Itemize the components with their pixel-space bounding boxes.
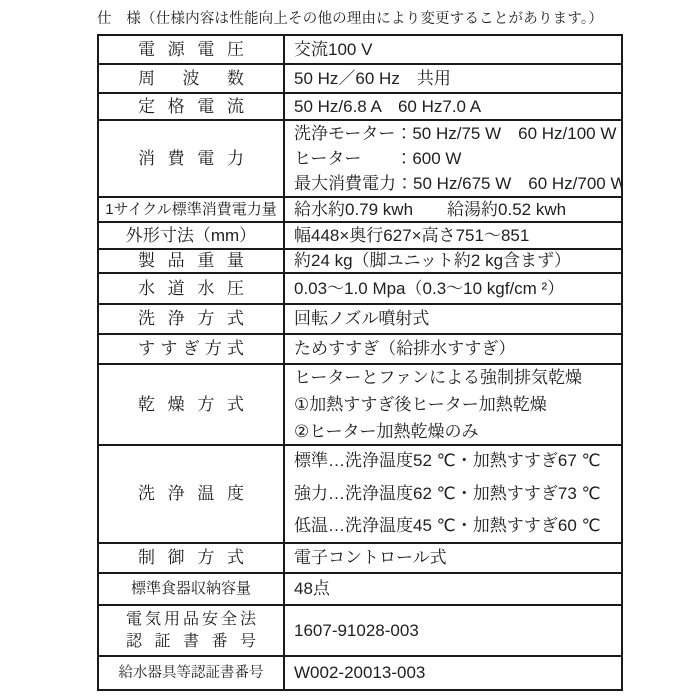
spec-value-cell: 50 Hz／60 Hz 共用 xyxy=(285,65,621,92)
spec-label: 給水器具等認証書番号 xyxy=(119,662,264,684)
spec-label: 電源電圧 xyxy=(138,39,244,61)
row-energy-per-cycle: 1サイクル標準消費電力量 給水約0.79 kwh 給湯約0.52 kwh xyxy=(99,198,621,223)
spec-label: すすぎ方式 xyxy=(138,338,244,360)
spec-value-cell: 交流100 V xyxy=(285,36,621,63)
spec-label: 消費電力 xyxy=(138,148,244,170)
spec-value-line: 低温…洗浄温度45 ℃・加熱すすぎ60 ℃ xyxy=(294,510,621,542)
row-power-consumption: 消費電力 洗浄モーター：50 Hz/75 W 60 Hz/100 W ヒーター … xyxy=(99,121,621,198)
spec-value-cell: 洗浄モーター：50 Hz/75 W 60 Hz/100 W ヒーター ：600 … xyxy=(285,121,621,196)
spec-value-line: ヒーター ：600 W xyxy=(294,146,621,171)
spec-sheet-page: 仕 様（仕様内容は性能向上その他の理由により変更することがあります。） 電源電圧… xyxy=(0,0,700,700)
spec-value: 回転ノズル噴射式 xyxy=(294,308,621,330)
row-drying-method: 乾燥方式 ヒーターとファンによる強制排気乾燥 ①加熱すすぎ後ヒーター加熱乾燥 ②… xyxy=(99,365,621,446)
row-water-supply-cert: 給水器具等認証書番号 W002-20013-003 xyxy=(99,657,621,689)
spec-value: 給水約0.79 kwh 給湯約0.52 kwh xyxy=(294,199,621,221)
spec-value-cell: 約24 kg（脚ユニット約2 kg含まず） xyxy=(285,250,621,272)
row-rinse-method: すすぎ方式 ためすすぎ（給排水すすぎ） xyxy=(99,335,621,365)
spec-label-cell: 標準食器収納容量 xyxy=(99,574,285,604)
spec-value-cell: 0.03～1.0 Mpa（0.3～10 kgf/cm ²） xyxy=(285,274,621,303)
spec-label-cell: 外形寸法（mm） xyxy=(99,223,285,248)
spec-label-cell: 給水器具等認証書番号 xyxy=(99,657,285,689)
row-washing-method: 洗浄方式 回転ノズル噴射式 xyxy=(99,305,621,335)
row-weight: 製品重量 約24 kg（脚ユニット約2 kg含まず） xyxy=(99,250,621,274)
spec-label: 定格電流 xyxy=(138,96,244,118)
spec-label: 洗浄方式 xyxy=(138,308,244,330)
spec-label-cell: 消費電力 xyxy=(99,121,285,196)
spec-value-cell: 1607-91028-003 xyxy=(285,606,621,655)
row-dish-capacity: 標準食器収納容量 48点 xyxy=(99,574,621,606)
spec-value-line: ②ヒーター加熱乾燥のみ xyxy=(294,418,621,444)
spec-value-cell: 標準…洗浄温度52 ℃・加熱すすぎ67 ℃ 強力…洗浄温度62 ℃・加熱すすぎ7… xyxy=(285,446,621,542)
spec-value-line: 洗浄モーター：50 Hz/75 W 60 Hz/100 W xyxy=(294,121,621,146)
spec-label: 周波数 xyxy=(138,68,244,90)
spec-label: 外形寸法（mm） xyxy=(126,225,256,247)
row-washing-temperature: 洗浄温度 標準…洗浄温度52 ℃・加熱すすぎ67 ℃ 強力…洗浄温度62 ℃・加… xyxy=(99,446,621,544)
spec-value: 50 Hz/6.8 A 60 Hz7.0 A xyxy=(294,96,621,118)
spec-label-cell: 電気用品安全法 認証書番号 xyxy=(99,606,285,655)
spec-label: 水道水圧 xyxy=(138,278,244,300)
row-rated-current: 定格電流 50 Hz/6.8 A 60 Hz7.0 A xyxy=(99,94,621,121)
spec-value-cell: ヒーターとファンによる強制排気乾燥 ①加熱すすぎ後ヒーター加熱乾燥 ②ヒーター加… xyxy=(285,365,621,444)
spec-value: 0.03～1.0 Mpa（0.3～10 kgf/cm ²） xyxy=(294,278,621,300)
spec-value: 約24 kg（脚ユニット約2 kg含まず） xyxy=(294,250,621,272)
spec-value-line: ヒーターとファンによる強制排気乾燥 xyxy=(294,365,621,391)
row-electrical-safety-cert: 電気用品安全法 認証書番号 1607-91028-003 xyxy=(99,606,621,657)
spec-label-cell: 定格電流 xyxy=(99,94,285,119)
spec-value-line: ①加熱すすぎ後ヒーター加熱乾燥 xyxy=(294,391,621,418)
spec-value-cell: 48点 xyxy=(285,574,621,604)
spec-label: 標準食器収納容量 xyxy=(131,578,251,600)
row-dimensions: 外形寸法（mm） 幅448×奥行627×高さ751～851 xyxy=(99,223,621,250)
spec-label-cell: 周波数 xyxy=(99,65,285,92)
spec-label-cell: 電源電圧 xyxy=(99,36,285,63)
row-control-method: 制御方式 電子コントロール式 xyxy=(99,544,621,574)
row-water-pressure: 水道水圧 0.03～1.0 Mpa（0.3～10 kgf/cm ²） xyxy=(99,274,621,305)
spec-label: 乾燥方式 xyxy=(138,394,244,416)
spec-label-line: 電気用品安全法 xyxy=(126,609,256,631)
spec-value-cell: ためすすぎ（給排水すすぎ） xyxy=(285,335,621,363)
spec-label-cell: 乾燥方式 xyxy=(99,365,285,444)
spec-value-cell: 電子コントロール式 xyxy=(285,544,621,572)
spec-value-cell: 回転ノズル噴射式 xyxy=(285,305,621,333)
spec-label: 洗浄温度 xyxy=(138,483,244,505)
spec-label-cell: 1サイクル標準消費電力量 xyxy=(99,198,285,221)
row-frequency: 周波数 50 Hz／60 Hz 共用 xyxy=(99,65,621,94)
spec-value-line: 強力…洗浄温度62 ℃・加熱すすぎ73 ℃ xyxy=(294,478,621,511)
page-title: 仕 様（仕様内容は性能向上その他の理由により変更することがあります。） xyxy=(0,7,700,28)
spec-label-cell: すすぎ方式 xyxy=(99,335,285,363)
spec-value: 幅448×奥行627×高さ751～851 xyxy=(294,225,621,247)
spec-value: 50 Hz／60 Hz 共用 xyxy=(294,68,621,90)
spec-table: 電源電圧 交流100 V 周波数 50 Hz／60 Hz 共用 定格電流 50 … xyxy=(97,34,623,691)
spec-value: ためすすぎ（給排水すすぎ） xyxy=(294,338,621,360)
spec-value-cell: W002-20013-003 xyxy=(285,657,621,689)
spec-label-cell: 洗浄温度 xyxy=(99,446,285,542)
spec-label: 制御方式 xyxy=(138,547,244,569)
spec-label-cell: 製品重量 xyxy=(99,250,285,272)
spec-value-line: 最大消費電力：50 Hz/675 W 60 Hz/700 W xyxy=(294,171,621,196)
spec-value-cell: 50 Hz/6.8 A 60 Hz7.0 A xyxy=(285,94,621,119)
spec-label: 製品重量 xyxy=(138,250,244,272)
row-power-voltage: 電源電圧 交流100 V xyxy=(99,36,621,65)
spec-label-cell: 水道水圧 xyxy=(99,274,285,303)
spec-value: 1607-91028-003 xyxy=(294,620,621,642)
spec-value: W002-20013-003 xyxy=(294,662,621,684)
spec-value: 電子コントロール式 xyxy=(294,547,621,569)
spec-label-line: 認証書番号 xyxy=(126,631,256,653)
spec-value-cell: 給水約0.79 kwh 給湯約0.52 kwh xyxy=(285,198,621,221)
spec-label-cell: 制御方式 xyxy=(99,544,285,572)
spec-label-cell: 洗浄方式 xyxy=(99,305,285,333)
spec-value-line: 標準…洗浄温度52 ℃・加熱すすぎ67 ℃ xyxy=(294,446,621,478)
spec-value: 交流100 V xyxy=(294,39,621,61)
spec-value-cell: 幅448×奥行627×高さ751～851 xyxy=(285,223,621,248)
spec-label: 1サイクル標準消費電力量 xyxy=(105,199,277,221)
spec-value: 48点 xyxy=(294,578,621,600)
